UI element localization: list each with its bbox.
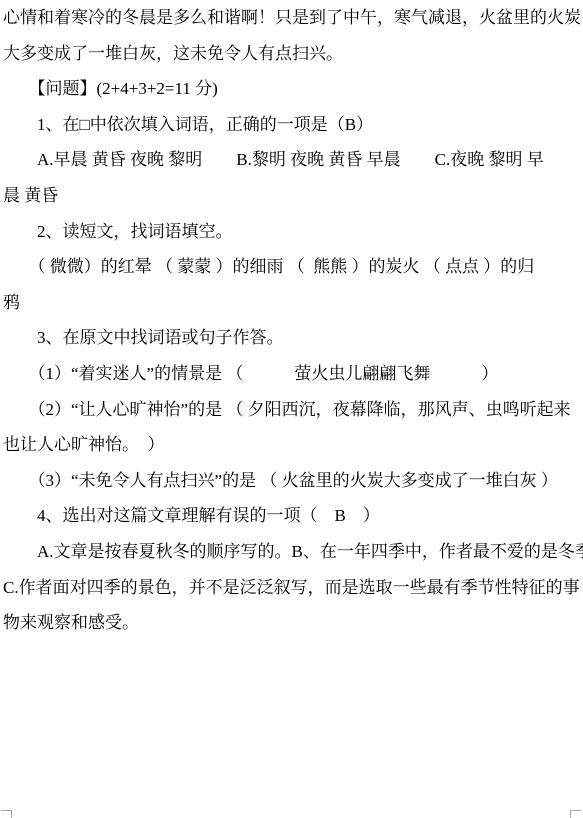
- question-4-stem: 4、选出对这篇文章理解有误的一项（ B ）: [3, 498, 583, 534]
- document-text-block: 心情和着寒冷的冬晨是多么和谐啊！只是到了中午，寒气减退，火盆里的火炭 大多变成了…: [3, 0, 583, 641]
- question-4-options-line-2: C.作者面对四季的景色，并不是泛泛叙写，而是选取一些最有季节性特征的事: [3, 570, 583, 606]
- question-3-stem: 3、在原文中找词语或句子作答。: [3, 320, 583, 356]
- question-4-options-line-1: A.文章是按春夏秋冬的顺序写的。B、在一年四季中，作者最不爱的是冬季。: [3, 534, 583, 570]
- question-3-sub-3: （3）“未免令人有点扫兴”的是 （ 火盆里的火炭大多变成了一堆白灰 ）: [3, 463, 583, 499]
- document-page: 心情和着寒冷的冬晨是多么和谐啊！只是到了中午，寒气减退，火盆里的火炭 大多变成了…: [0, 0, 583, 818]
- margin-corner-mark-right: [570, 810, 581, 818]
- question-3-sub-2-line-1: （2）“让人心旷神怡”的是 （ 夕阳西沉，夜幕降临，那风声、虫鸣听起来: [3, 392, 583, 428]
- question-1-options-line-2: 晨 黄昏: [3, 178, 583, 214]
- question-2-blanks-line-2: 鸦: [3, 285, 583, 321]
- question-3-sub-1: （1）“着实迷人”的情景是 （ 萤火虫儿翩翩飞舞 ）: [3, 356, 583, 392]
- question-4-options-line-3: 物来观察和感受。: [3, 605, 583, 641]
- body-text-line-2: 大多变成了一堆白灰，这未免令人有点扫兴。: [3, 36, 583, 72]
- body-text-line-1: 心情和着寒冷的冬晨是多么和谐啊！只是到了中午，寒气减退，火盆里的火炭: [3, 0, 583, 36]
- question-2-blanks-line-1: （ 微微）的红晕 （ 蒙蒙 ）的细雨 （ 熊熊 ）的炭火 （ 点点 ）的归: [3, 249, 583, 285]
- question-2-stem: 2、读短文，找词语填空。: [3, 214, 583, 250]
- question-1-options-line-1: A.早晨 黄昏 夜晚 黎明 B.黎明 夜晚 黄昏 早晨 C.夜晚 黎明 早: [3, 142, 583, 178]
- margin-corner-mark-left: [1, 810, 12, 818]
- problems-heading: 【问题】(2+4+3+2=11 分): [3, 71, 583, 107]
- question-3-sub-2-line-2: 也让人心旷神怡。 ）: [3, 427, 583, 463]
- question-1-stem: 1、在□中依次填入词语，正确的一项是（B）: [3, 107, 583, 143]
